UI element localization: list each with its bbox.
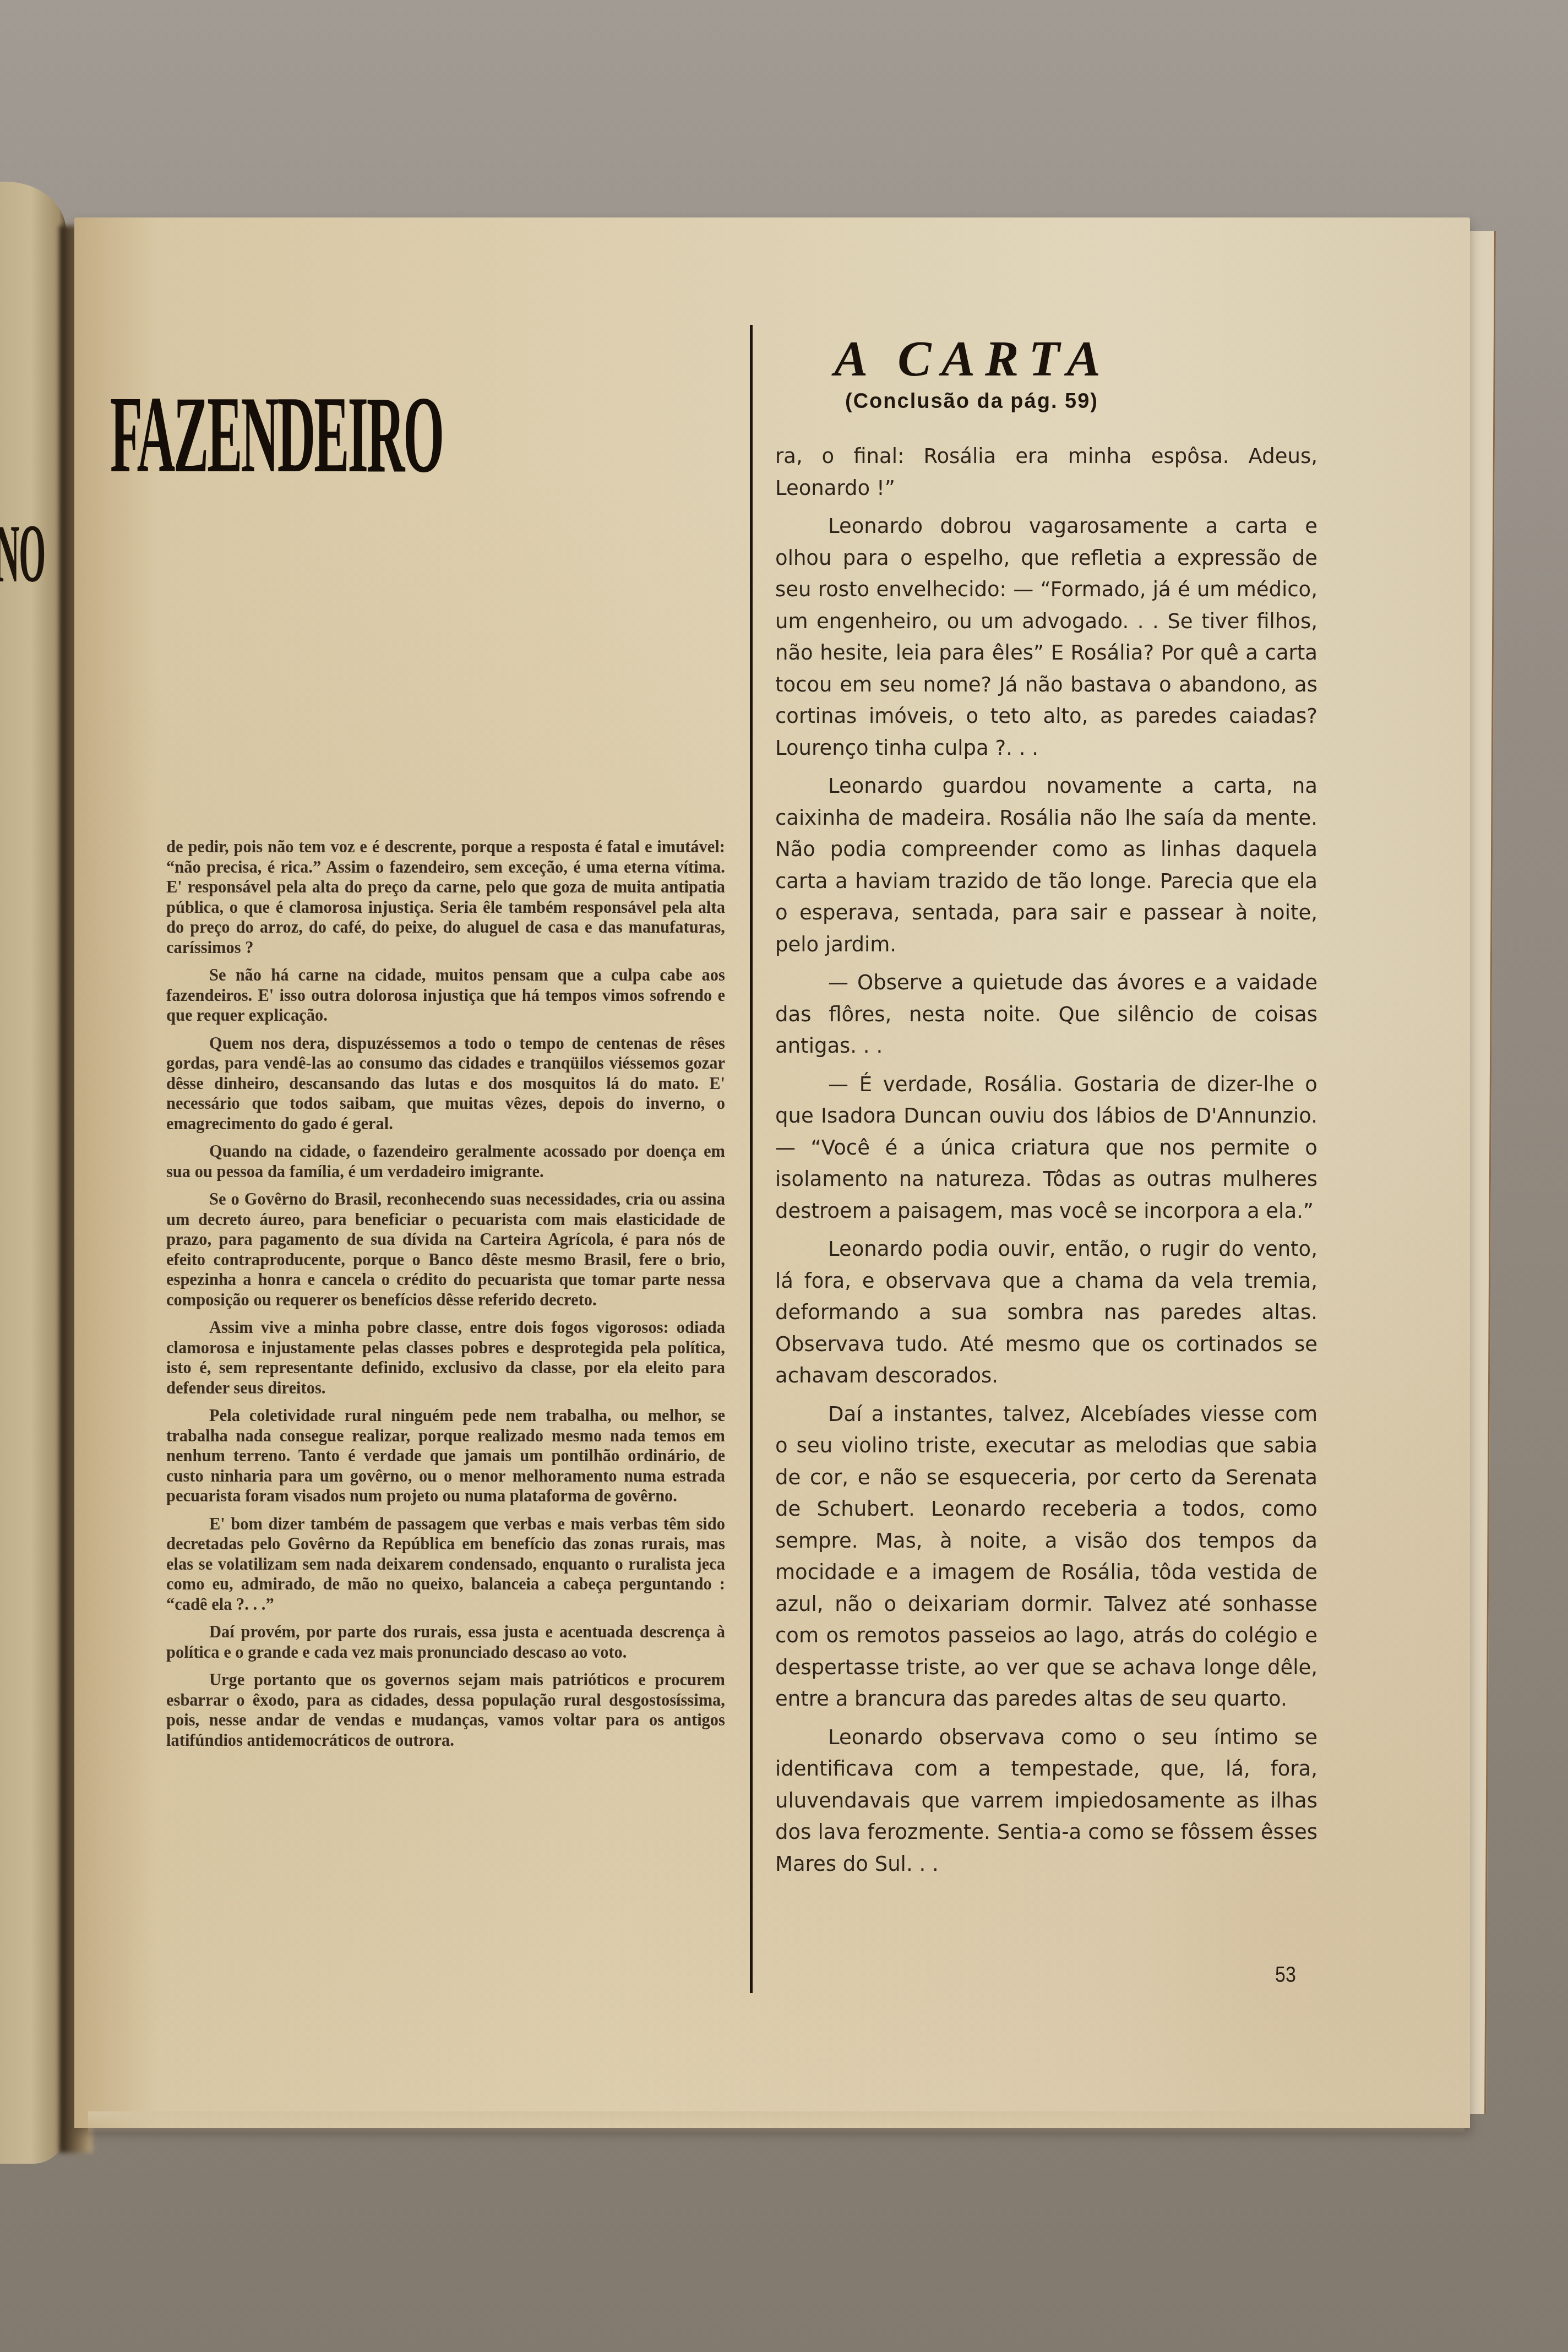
left-column-text: de pedir, pois não tem voz e é descrente… xyxy=(166,837,725,1758)
paragraph: Quando na cidade, o fazendeiro geralment… xyxy=(166,1141,725,1182)
page-bottom-edge xyxy=(88,2111,1464,2133)
paragraph: de pedir, pois não tem voz e é descrente… xyxy=(166,837,725,957)
page-number: 53 xyxy=(1275,1963,1296,1988)
previous-page: ENO xyxy=(0,182,66,2164)
paragraph: Daí a instantes, talvez, Alcebíades vies… xyxy=(775,1398,1317,1715)
paragraph: Pela coletividade rural ninguém pede nem… xyxy=(166,1406,725,1506)
article-title-a-carta: A CARTA xyxy=(834,329,1110,388)
paragraph: — É verdade, Rosália. Gostaria de dizer-… xyxy=(775,1069,1317,1227)
paragraph: Leonardo podia ouvir, então, o rugir do … xyxy=(775,1233,1317,1392)
paragraph: Leonardo dobrou vagarosamente a carta e … xyxy=(775,510,1317,764)
paragraph: Urge portanto que os governos sejam mais… xyxy=(166,1670,725,1750)
paragraph: Assim vive a minha pobre classe, entre d… xyxy=(166,1317,725,1398)
paragraph: Se não há carne na cidade, muitos pensam… xyxy=(166,965,725,1026)
continuation-note: (Conclusão da pág. 59) xyxy=(845,390,1098,413)
paragraph: — Observe a quietude das ávores e a vaid… xyxy=(775,967,1317,1062)
paragraph: Daí provém, por parte dos rurais, essa j… xyxy=(166,1622,725,1662)
previous-page-heading: ENO xyxy=(0,507,45,601)
paragraph: E' bom dizer também de passagem que verb… xyxy=(166,1514,725,1615)
paragraph: Leonardo observava como o seu íntimo se … xyxy=(775,1722,1317,1880)
paragraph: ra, o final: Rosália era minha espôsa. A… xyxy=(775,440,1317,504)
article-title-fazendeiro: FAZENDEIRO xyxy=(110,380,443,490)
paragraph: Se o Govêrno do Brasil, reconhecendo sua… xyxy=(166,1189,725,1310)
column-divider xyxy=(750,325,753,1993)
paragraph: Leonardo guardou novamente a carta, na c… xyxy=(775,770,1317,960)
right-column-text: ra, o final: Rosália era minha espôsa. A… xyxy=(775,440,1317,1886)
paragraph: Quem nos dera, dispuzéssemos a todo o te… xyxy=(166,1033,725,1134)
